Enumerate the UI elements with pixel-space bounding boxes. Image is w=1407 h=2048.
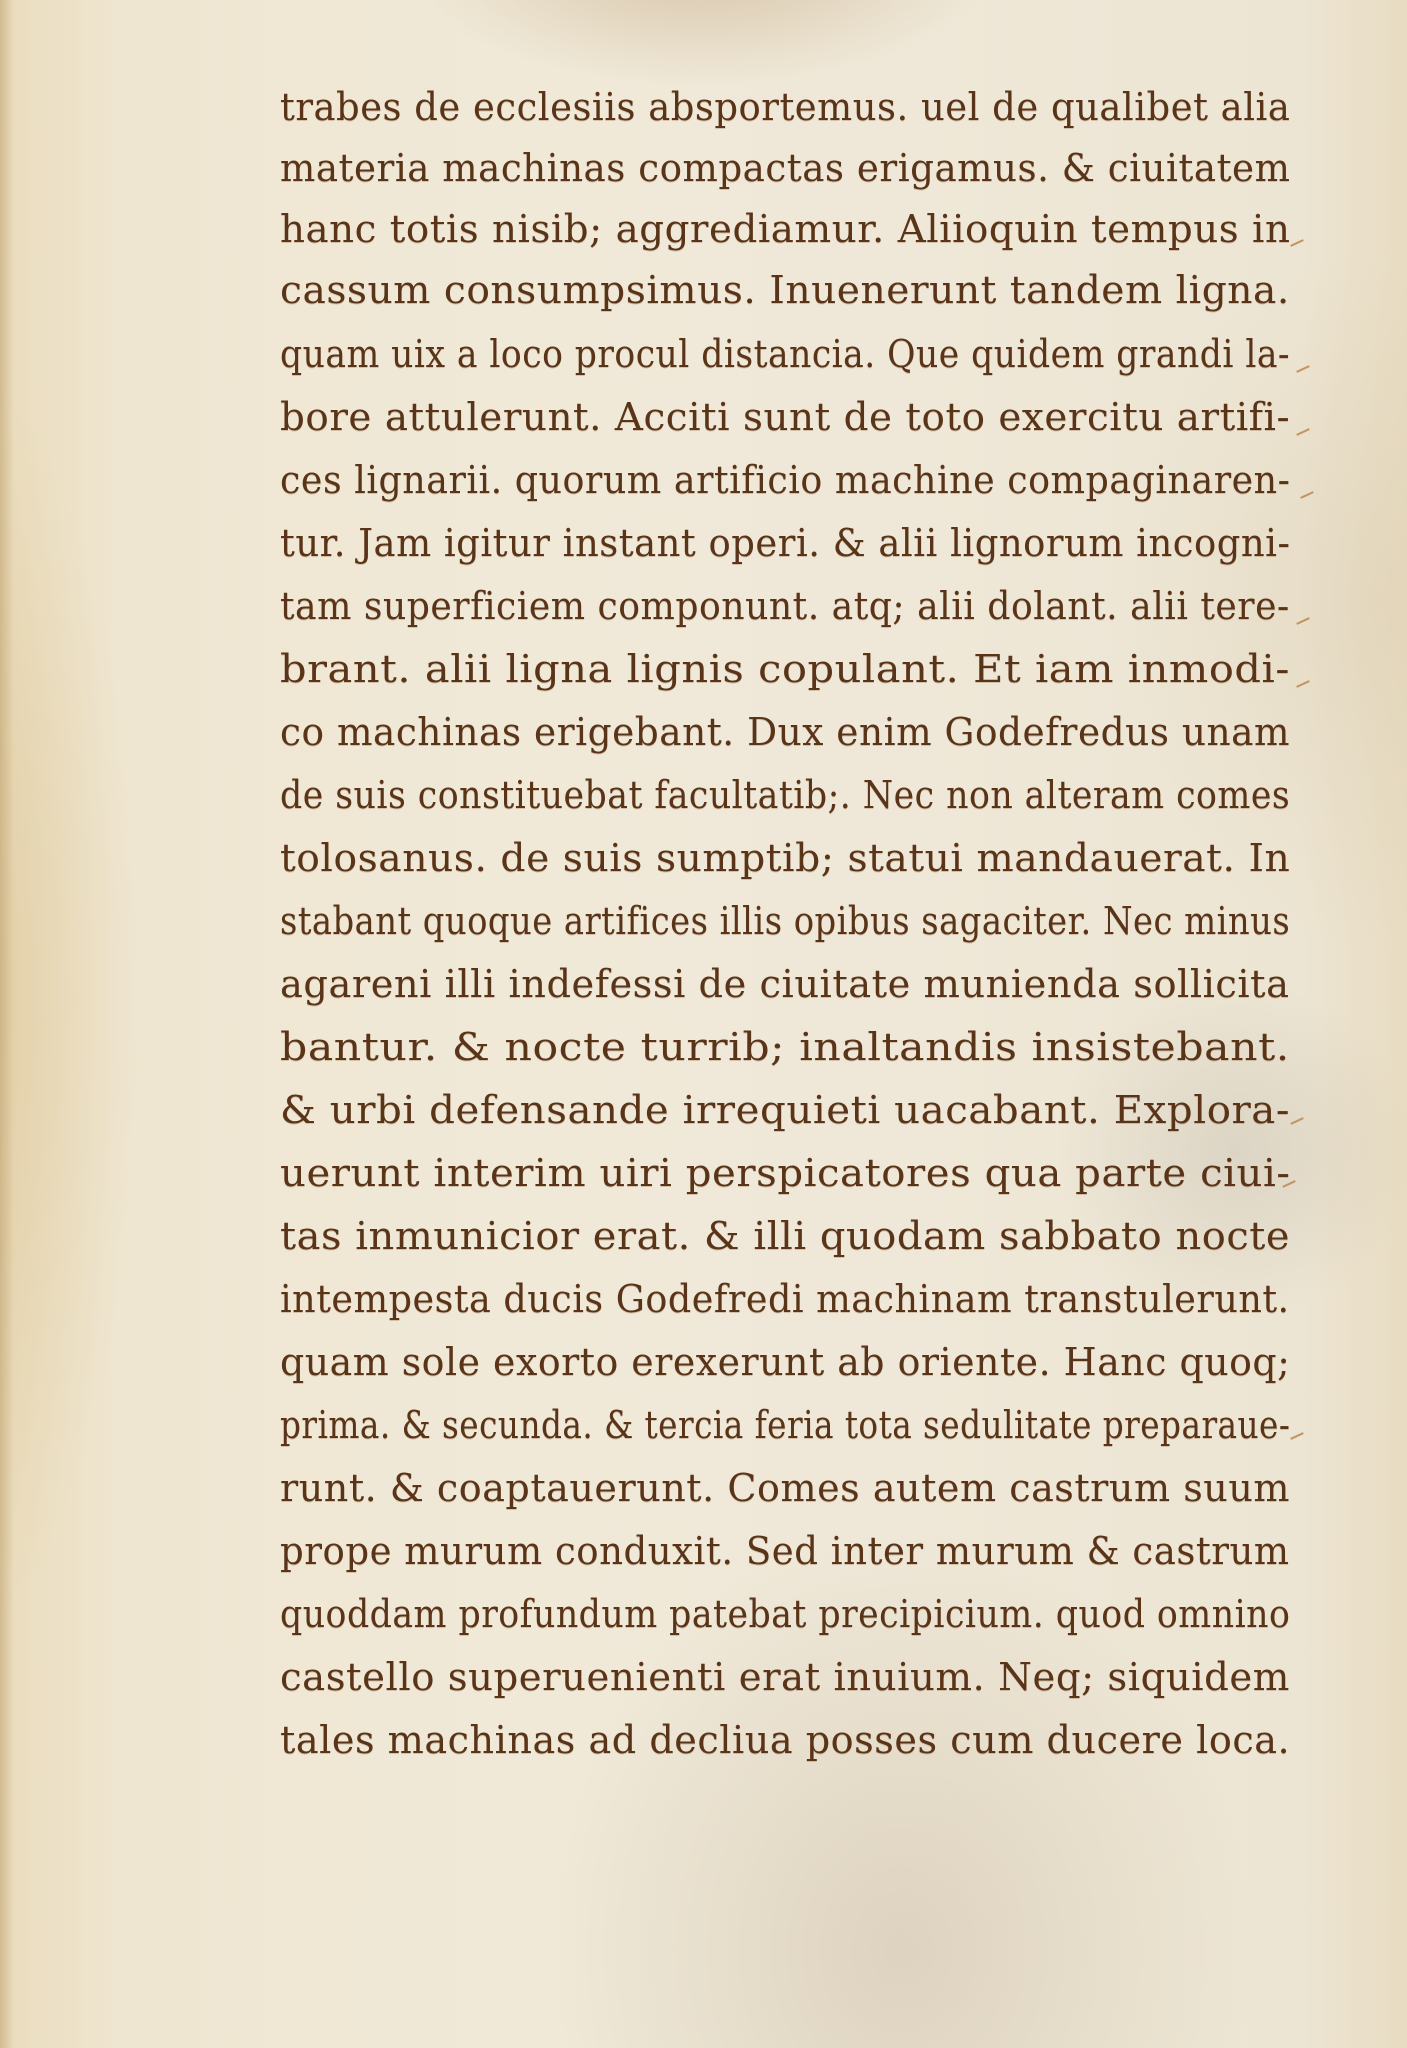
- margin-hyphen-mark: [1290, 1432, 1304, 1440]
- page-edge-shadow: [0, 0, 14, 2048]
- text-line: runt. & coaptauerunt. Comes autem castru…: [280, 1463, 1290, 1513]
- margin-hyphen-mark: [1296, 680, 1310, 688]
- text-line: tales machinas ad decliua posses cum duc…: [280, 1715, 1290, 1765]
- text-line: brant. alii ligna lignis copulant. Et ia…: [280, 644, 1290, 694]
- text-line: co machinas erigebant. Dux enim Godefred…: [280, 707, 1290, 757]
- text-line: & urbi defensande irrequieti uacabant. E…: [280, 1085, 1290, 1135]
- margin-hyphen-mark: [1296, 428, 1310, 436]
- text-line: prope murum conduxit. Sed inter murum & …: [280, 1526, 1290, 1576]
- margin-hyphen-mark: [1290, 1117, 1304, 1125]
- text-line: tam superficiem componunt. atq; alii dol…: [280, 581, 1290, 631]
- text-line: tur. Jam igitur instant operi. & alii li…: [280, 518, 1290, 568]
- text-line: cassum consumpsimus. Inuenerunt tandem l…: [280, 265, 1290, 315]
- text-line: intempesta ducis Godefredi machinam tran…: [280, 1274, 1290, 1324]
- text-line: tas inmunicior erat. & illi quodam sabba…: [280, 1211, 1290, 1261]
- text-line: de suis constituebat facultatib;. Nec no…: [280, 770, 1290, 820]
- margin-hyphen-mark: [1296, 617, 1310, 625]
- text-line: bantur. & nocte turrib; inaltandis insis…: [280, 1022, 1290, 1072]
- margin-hyphen-mark: [1290, 239, 1304, 247]
- text-line: bore attulerunt. Acciti sunt de toto exe…: [280, 392, 1290, 442]
- text-line: agareni illi indefessi de ciuitate munie…: [280, 959, 1289, 1009]
- text-line: trabes de ecclesiis absportemus. uel de …: [280, 82, 1290, 132]
- text-line: tolosanus. de suis sumptib; statui manda…: [280, 833, 1290, 883]
- margin-hyphen-mark: [1296, 365, 1310, 373]
- text-line: uerunt interim uiri perspicatores qua pa…: [280, 1148, 1290, 1198]
- parchment-page: trabes de ecclesiis absportemus. uel de …: [0, 0, 1407, 2048]
- text-line: stabant quoque artifices illis opibus sa…: [280, 896, 1290, 946]
- text-line: ces lignarii. quorum artificio machine c…: [280, 455, 1290, 505]
- text-line: quoddam profundum patebat precipicium. q…: [280, 1589, 1290, 1639]
- text-line: quam uix a loco procul distancia. Que qu…: [280, 329, 1290, 379]
- text-line: materia machinas compactas erigamus. & c…: [280, 143, 1290, 193]
- text-line: hanc totis nisib; aggrediamur. Aliioquin…: [280, 204, 1290, 254]
- margin-hyphen-mark: [1300, 491, 1314, 499]
- text-line: quam sole exorto erexerunt ab oriente. H…: [280, 1337, 1290, 1387]
- text-line: prima. & secunda. & tercia feria tota se…: [280, 1400, 1290, 1450]
- text-line: castello superuenienti erat inuium. Neq;…: [280, 1652, 1290, 1702]
